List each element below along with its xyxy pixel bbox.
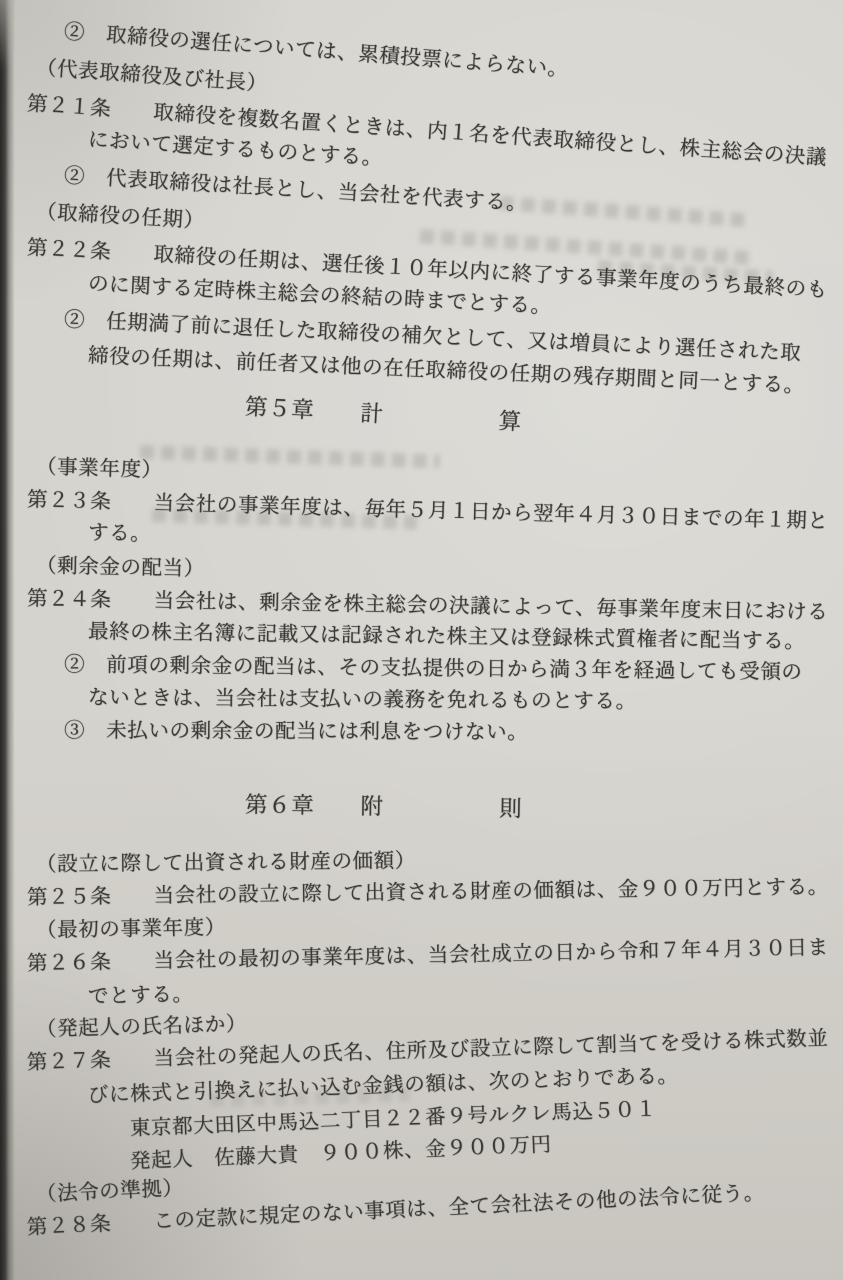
document-line: ③ 未払いの剰余金の配当には利息をつけない。: [64, 715, 843, 751]
document-page: ② 取締役の選任については、累積投票によらない。（代表取締役及び社長）第２１条 …: [0, 0, 843, 1280]
document-body: ② 取締役の選任については、累積投票によらない。（代表取締役及び社長）第２１条 …: [0, 0, 843, 1245]
page-edge-shadow: [0, 0, 15, 1280]
chapter-heading: 第６章 附 則: [245, 788, 843, 830]
